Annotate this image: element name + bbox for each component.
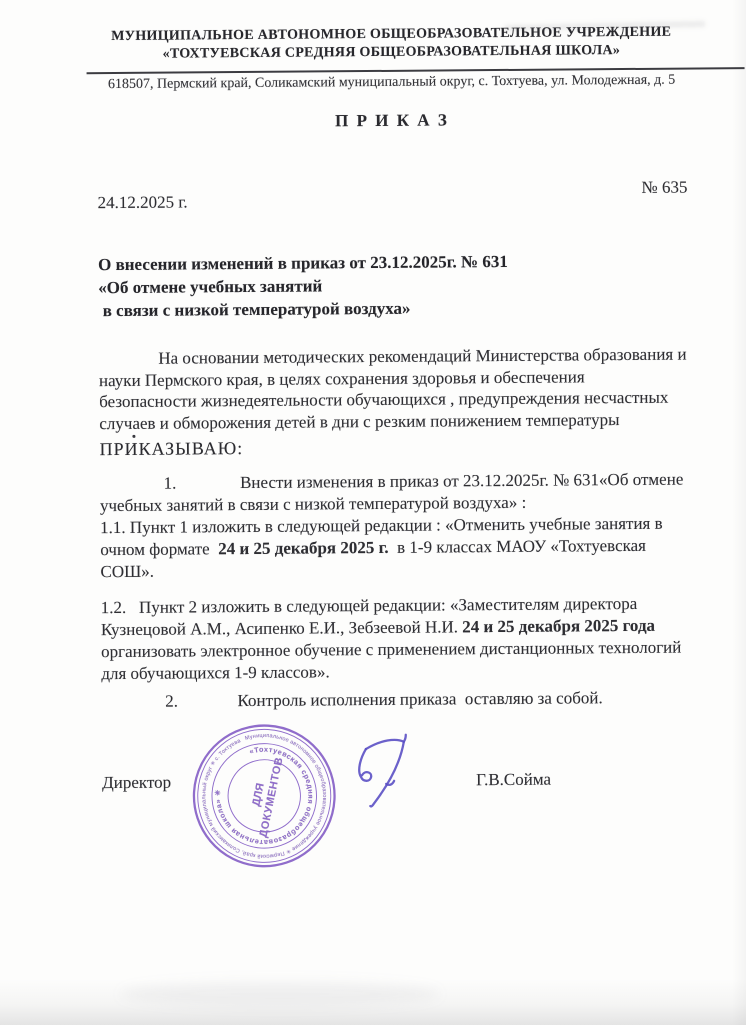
signature-block: Директор Муниципальное автономное общеоб… [102, 759, 693, 944]
scan-edge-shade-bottom [0, 979, 746, 1025]
date-number-row: 24.12.2025 г. № 635 [98, 189, 688, 214]
document-content: МУНИЦИПАЛЬНОЕ АВТОНОМНОЕ ОБЩЕОБРАЗОВАТЕЛ… [0, 0, 746, 1025]
order-item: 1. Внести изменения в приказ от 23.12.20… [100, 469, 690, 518]
signature-top-stroke [366, 735, 406, 749]
organization-name-line2: «ТОХТУЕВСКАЯ СРЕДНЯЯ ОБЩЕОБРАЗОВАТЕЛЬНАЯ… [96, 42, 686, 65]
scan-edge-shade-right [732, 0, 746, 1025]
order-word: ПРИКАЗЫВАЮ: [99, 435, 689, 461]
signer-name: Г.В.Сойма [476, 770, 551, 791]
document-number: № 635 [641, 178, 687, 198]
order-item: 1.2. Пункт 2 изложить в следующей редакц… [101, 593, 692, 686]
signature-autograph-icon [336, 708, 457, 829]
signature-descender-stroke [370, 742, 405, 807]
order-title: О внесении изменений в приказ от 23.12.2… [98, 249, 689, 323]
scanned-order-page: МУНИЦИПАЛЬНОЕ АВТОНОМНОЕ ОБЩЕОБРАЗОВАТЕЛ… [0, 0, 746, 1025]
signature-loop-stroke [359, 749, 371, 781]
document-type-heading: П Р И К А З [97, 109, 687, 134]
order-items: 1. Внести изменения в приказ от 23.12.20… [100, 469, 692, 714]
order-item: 1.1. Пункт 1 изложить в следующей редакц… [100, 513, 691, 584]
organization-address: 618507, Пермский край, Соликамский муниц… [97, 72, 687, 94]
signer-position: Директор [102, 773, 171, 794]
document-date: 24.12.2025 г. [98, 192, 188, 213]
preamble-paragraph: На основании методических рекомендаций М… [99, 344, 690, 435]
official-stamp-icon: Муниципальное автономное общеобразовател… [188, 719, 341, 872]
